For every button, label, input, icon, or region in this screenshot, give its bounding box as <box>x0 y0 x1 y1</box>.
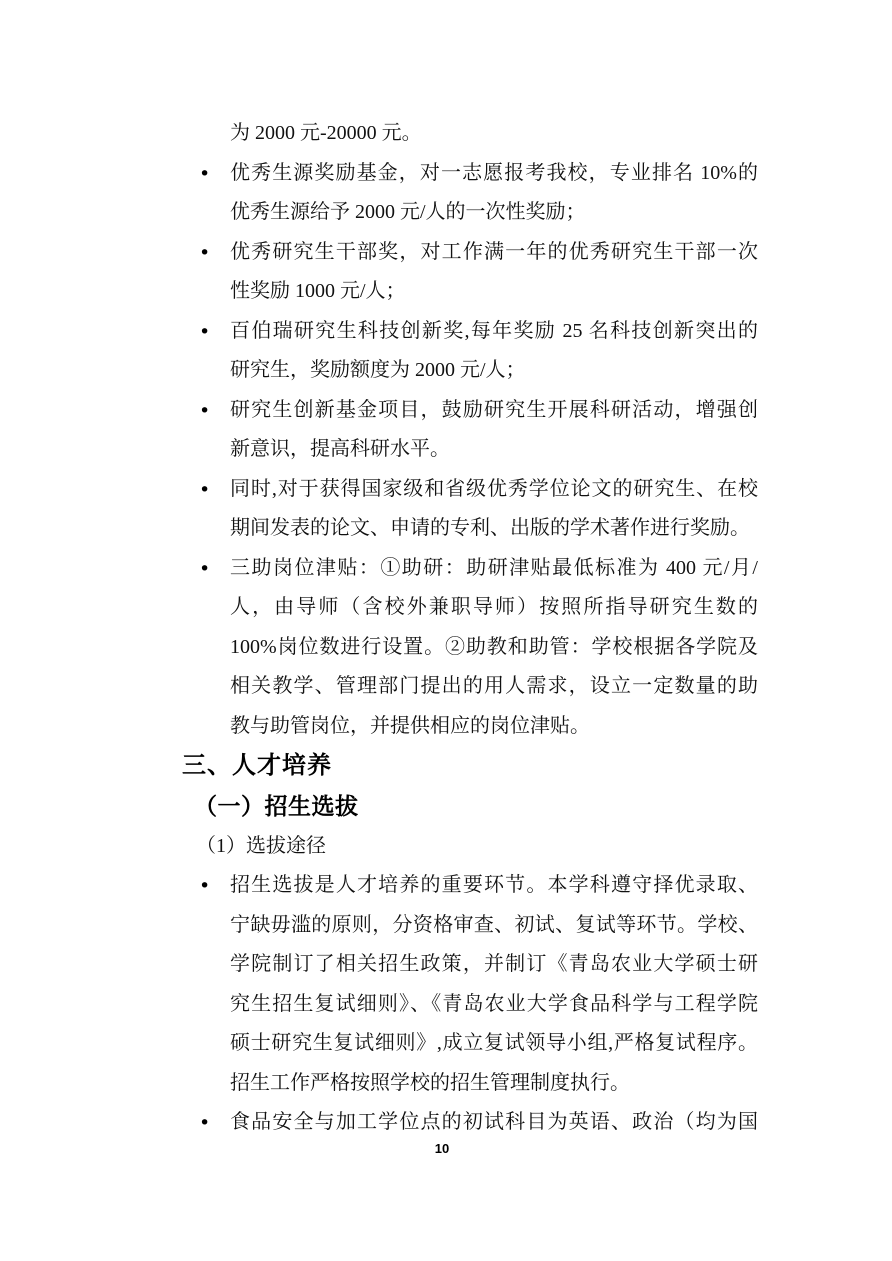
text-line: 硕士研究生复试细则》,成立复试领导小组,严格复试程序。 <box>230 1024 758 1064</box>
subsubsection-heading-selection-channels: （1）选拔途径 <box>196 826 758 866</box>
text-line: 宁缺毋滥的原则，分资格审查、初试、复试等环节。学校、 <box>230 906 758 946</box>
bullet-icon: • <box>199 313 210 353</box>
page-number: 10 <box>0 1141 884 1156</box>
document-body: 为 2000 元-20000 元。•优秀生源奖励基金，对一志愿报考我校，专业排名… <box>230 114 758 1143</box>
text-line: 为 2000 元-20000 元。 <box>230 114 758 154</box>
text-line: 优秀生源给予 2000 元/人的一次性奖励； <box>230 193 758 233</box>
text-line: 新意识，提高科研水平。 <box>230 430 758 470</box>
bullet-icon: • <box>199 155 210 195</box>
bullet-three-assist-subsidy: •三助岗位津贴：①助研：助研津贴最低标准为 400 元/月/人，由导师（含校外兼… <box>230 549 758 747</box>
text-line: 研究生，奖励额度为 2000 元/人； <box>230 351 758 391</box>
text-line: 究生招生复试细则》、《青岛农业大学食品科学与工程学院 <box>230 985 758 1025</box>
bullet-enrollment-selection-process: •招生选拔是人才培养的重要环节。本学科遵守择优录取、宁缺毋滥的原则，分资格审查、… <box>230 866 758 1103</box>
text-line: 学院制订了相关招生政策，并制订《青岛农业大学硕士研 <box>230 945 758 985</box>
text-line: 人，由导师（含校外兼职导师）按照所指导研究生数的 <box>230 588 758 628</box>
bullet-icon: • <box>199 1104 210 1144</box>
bullet-icon: • <box>199 471 210 511</box>
text-line: 招生工作严格按照学校的招生管理制度执行。 <box>230 1064 758 1104</box>
bullet-icon: • <box>199 234 210 274</box>
text-line: 期间发表的论文、申请的专利、出版的学术著作进行奖励。 <box>230 509 758 549</box>
text-line: 相关教学、管理部门提出的用人需求，设立一定数量的助 <box>230 667 758 707</box>
text-line: 同时,对于获得国家级和省级优秀学位论文的研究生、在校 <box>230 470 758 510</box>
intro-continuation-line: 为 2000 元-20000 元。 <box>230 114 758 154</box>
text-line: 百伯瑞研究生科技创新奖,每年奖励 25 名科技创新突出的 <box>230 312 758 352</box>
text-line: 三助岗位津贴：①助研：助研津贴最低标准为 400 元/月/ <box>230 549 758 589</box>
text-line: 招生选拔是人才培养的重要环节。本学科遵守择优录取、 <box>230 866 758 906</box>
bullet-icon: • <box>199 392 210 432</box>
text-line: 食品安全与加工学位点的初试科目为英语、政治（均为国 <box>230 1103 758 1143</box>
bullet-icon: • <box>199 550 210 590</box>
bullet-excellent-cadre-award: •优秀研究生干部奖，对工作满一年的优秀研究生干部一次性奖励 1000 元/人； <box>230 233 758 312</box>
bullet-baiborui-innovation-award: •百伯瑞研究生科技创新奖,每年奖励 25 名科技创新突出的研究生，奖励额度为 2… <box>230 312 758 391</box>
bullet-thesis-paper-awards: •同时,对于获得国家级和省级优秀学位论文的研究生、在校期间发表的论文、申请的专利… <box>230 470 758 549</box>
document-page: 为 2000 元-20000 元。•优秀生源奖励基金，对一志愿报考我校，专业排名… <box>0 0 892 1261</box>
text-line: 100%岗位数进行设置。②助教和助管：学校根据各学院及 <box>230 628 758 668</box>
bullet-icon: • <box>199 867 210 907</box>
bullet-innovation-fund-project: •研究生创新基金项目，鼓励研究生开展科研活动，增强创新意识，提高科研水平。 <box>230 391 758 470</box>
bullet-exam-subjects: •食品安全与加工学位点的初试科目为英语、政治（均为国 <box>230 1103 758 1143</box>
text-line: 优秀生源奖励基金，对一志愿报考我校，专业排名 10%的 <box>230 154 758 194</box>
text-line: 研究生创新基金项目，鼓励研究生开展科研活动，增强创 <box>230 391 758 431</box>
text-line: 性奖励 1000 元/人； <box>230 272 758 312</box>
subsection-heading-enrollment-selection: （一）招生选拔 <box>194 786 758 826</box>
bullet-excellent-source-fund: •优秀生源奖励基金，对一志愿报考我校，专业排名 10%的优秀生源给予 2000 … <box>230 154 758 233</box>
section-heading-talent-cultivation: 三、人才培养 <box>182 746 758 786</box>
text-line: 教与助管岗位，并提供相应的岗位津贴。 <box>230 707 758 747</box>
text-line: 优秀研究生干部奖，对工作满一年的优秀研究生干部一次 <box>230 233 758 273</box>
